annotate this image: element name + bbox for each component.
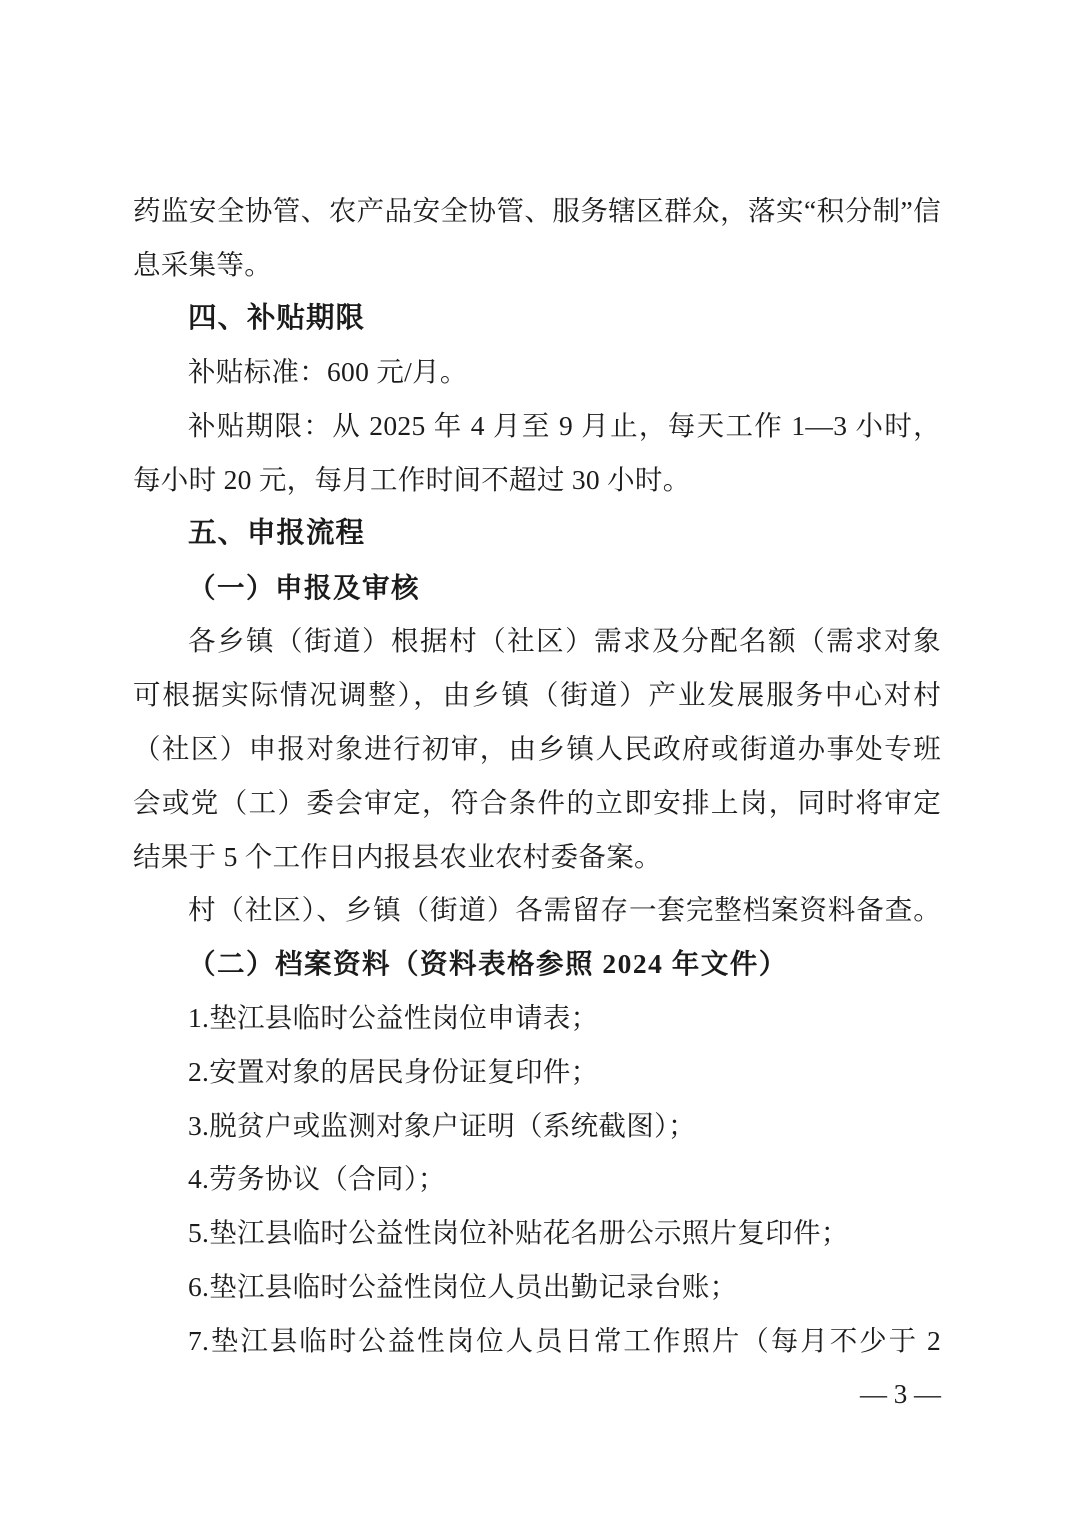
page-number: — 3 — — [860, 1379, 941, 1409]
paragraph-line: 村（社区）、乡镇（街道）各需留存一套完整档案资料备查。 — [133, 883, 941, 937]
list-item-2: 2.安置对象的居民身份证复印件； — [133, 1045, 941, 1099]
paragraph-line: 药监安全协管、农产品安全协管、服务辖区群众，落实“积分制”信 — [133, 184, 941, 238]
paragraph-line: 息采集等。 — [133, 238, 941, 292]
document-page: 药监安全协管、农产品安全协管、服务辖区群众，落实“积分制”信 息采集等。 四、补… — [0, 0, 1074, 1520]
paragraph-line: 可根据实际情况调整），由乡镇（街道）产业发展服务中心对村 — [133, 668, 941, 722]
section-heading-four: 四、补贴期限 — [133, 292, 941, 346]
list-item-7: 7.垫江县临时公益性岗位人员日常工作照片（每月不少于 2 — [133, 1314, 941, 1368]
subsection-heading-one: （一）申报及审核 — [133, 561, 941, 615]
document-body: 药监安全协管、农产品安全协管、服务辖区群众，落实“积分制”信 息采集等。 四、补… — [0, 0, 1074, 1368]
paragraph-line: 补贴期限：从 2025 年 4 月至 9 月止，每天工作 1—3 小时， — [133, 399, 941, 453]
subsection-heading-two: （二）档案资料（资料表格参照 2024 年文件） — [133, 937, 941, 991]
paragraph-line: 每小时 20 元，每月工作时间不超过 30 小时。 — [133, 453, 941, 507]
list-item-4: 4.劳务协议（合同）； — [133, 1152, 941, 1206]
paragraph-line: 各乡镇（街道）根据村（社区）需求及分配名额（需求对象 — [133, 614, 941, 668]
list-item-5: 5.垫江县临时公益性岗位补贴花名册公示照片复印件； — [133, 1206, 941, 1260]
page-footer: — 3 — — [0, 1368, 1074, 1422]
paragraph-line: （社区）申报对象进行初审，由乡镇人民政府或街道办事处专班 — [133, 722, 941, 776]
list-item-6: 6.垫江县临时公益性岗位人员出勤记录台账； — [133, 1260, 941, 1314]
list-item-1: 1.垫江县临时公益性岗位申请表； — [133, 991, 941, 1045]
section-heading-five: 五、申报流程 — [133, 507, 941, 561]
list-item-3: 3.脱贫户或监测对象户证明（系统截图）； — [133, 1099, 941, 1153]
paragraph-line: 会或党（工）委会审定，符合条件的立即安排上岗，同时将审定 — [133, 776, 941, 830]
paragraph-line: 结果于 5 个工作日内报县农业农村委备案。 — [133, 830, 941, 884]
paragraph-line: 补贴标准：600 元/月。 — [133, 345, 941, 399]
